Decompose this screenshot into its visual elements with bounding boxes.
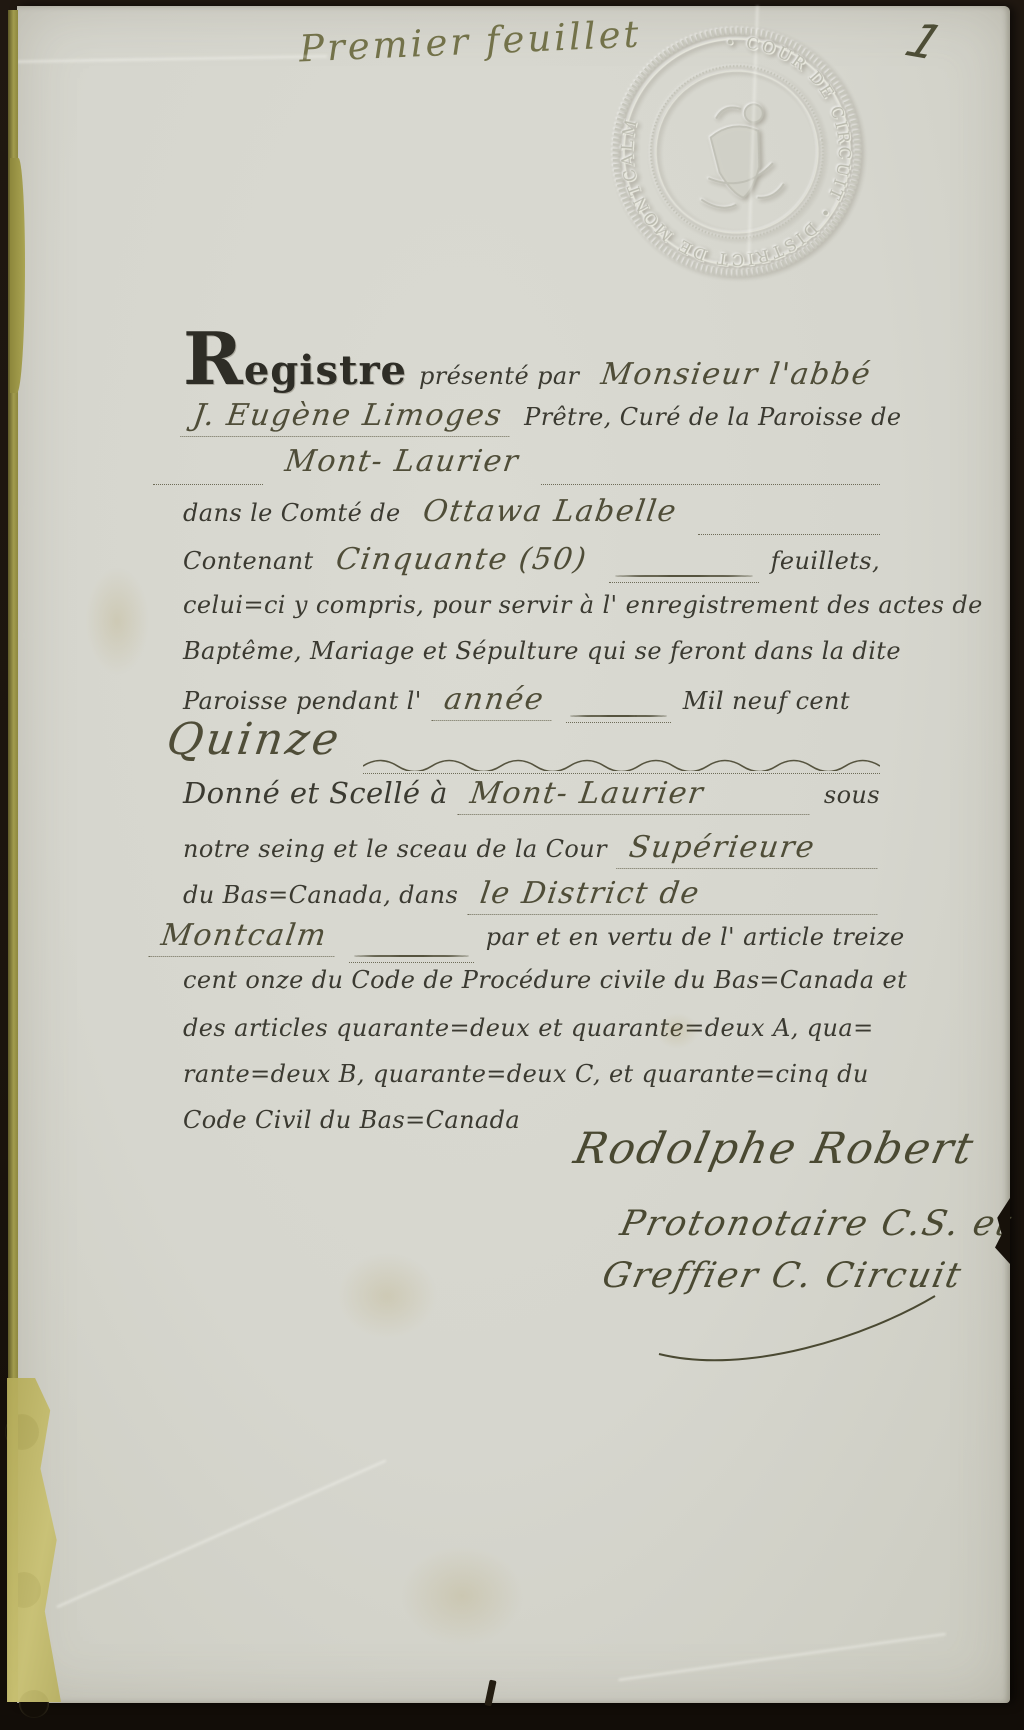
handwritten-entry: Mont- Laurier xyxy=(272,444,531,482)
printed-text: celui=ci y compris, pour servir à l' enr… xyxy=(183,591,983,619)
ornate-register-word: Registre xyxy=(183,330,407,394)
printed-text: Contenant xyxy=(183,547,314,575)
signature-name: Rodolphe Robert xyxy=(570,1124,979,1174)
printed-text: notre seing et le sceau de la Cour xyxy=(183,835,607,863)
form-line: du Bas=Canada, dans le District de xyxy=(183,876,880,924)
form-line: Registre présenté par Monsieur l'abbé xyxy=(183,330,880,392)
blank-line xyxy=(153,480,263,485)
form-line: rante=deux B, quarante=deux C, et quaran… xyxy=(183,1060,880,1088)
form-line: J. Eugène Limoges Prêtre, Curé de la Par… xyxy=(183,398,880,444)
printed-text: Donné et Scellé à xyxy=(183,776,448,810)
paper-crease xyxy=(618,1633,945,1681)
form-line: notre seing et le sceau de la Cour Supér… xyxy=(183,830,880,878)
embossed-court-seal: • COUR DE CIRCUIT • DISTRICT DE MONTCALM… xyxy=(592,7,881,296)
blank-line xyxy=(541,480,880,485)
printed-text: Prêtre, Curé de la Paroisse de xyxy=(524,403,901,431)
handwritten-entry: Montcalm xyxy=(148,918,339,957)
printed-text: rante=deux B, quarante=deux C, et quaran… xyxy=(183,1060,869,1088)
signature-flourish xyxy=(653,1288,943,1368)
paper-crease xyxy=(17,55,327,62)
printed-text: Paroisse pendant l' xyxy=(183,687,422,715)
form-line: celui=ci y compris, pour servir à l' enr… xyxy=(183,591,880,619)
printed-text: du Bas=Canada, dans xyxy=(183,881,458,909)
handwritten-annotation: Premier feuillet xyxy=(298,13,642,71)
handwritten-flourish xyxy=(363,757,880,774)
handwritten-entry: Monsieur l'abbé xyxy=(589,357,884,395)
paper-stain xyxy=(317,1236,457,1356)
handwritten-entry: J. Eugène Limoges xyxy=(180,398,515,437)
handwritten-dash xyxy=(609,578,759,583)
handwritten-entry: Quinze xyxy=(153,714,355,768)
printed-text: Mil neuf cent xyxy=(683,687,850,715)
printed-text: dans le Comté de xyxy=(183,499,401,527)
paper-stain xyxy=(377,1526,547,1666)
form-line: cent onze du Code de Procédure civile du… xyxy=(183,966,880,994)
handwritten-entry: Mont- Laurier xyxy=(457,776,815,815)
paper-crease xyxy=(57,1460,387,1608)
printed-text: feuillets, xyxy=(771,547,880,575)
handwritten-entry: Cinquante (50) xyxy=(323,542,599,580)
printed-text: présenté par xyxy=(419,362,579,390)
form-line: Contenant Cinquante (50) feuillets, xyxy=(183,542,880,588)
paper-stain xyxy=(647,1006,707,1056)
paper-sheet: Premier feuillet 1 • COUR DE CIRCUIT • D… xyxy=(17,6,1010,1703)
form-line: Quinze xyxy=(157,714,880,776)
handwritten-entry: Ottawa Labelle xyxy=(410,494,689,532)
page-number: 1 xyxy=(897,13,951,71)
handwritten-entry: le District de xyxy=(467,876,882,915)
paper-stain xyxy=(72,546,162,696)
scanned-register-page: Premier feuillet 1 • COUR DE CIRCUIT • D… xyxy=(0,0,1024,1730)
handwritten-entry: Supérieure xyxy=(616,830,882,869)
form-line: des articles quarante=deux et quarante=d… xyxy=(183,1014,880,1042)
printed-text: Code Civil du Bas=Canada xyxy=(183,1106,520,1134)
form-line: Mont- Laurier xyxy=(153,444,880,490)
printed-text: par et en vertu de l' article treize xyxy=(486,923,905,951)
signature-title-line1: Protonotaire C.S. et xyxy=(617,1204,1017,1244)
form-line: Donné et Scellé à Mont- Laurier sous xyxy=(183,776,880,828)
handwritten-dash xyxy=(349,958,474,963)
form-line: Montcalm par et en vertu de l' article t… xyxy=(151,918,880,968)
form-line: dans le Comté de Ottawa Labelle xyxy=(183,494,880,540)
seal-coat-of-arms xyxy=(689,102,786,211)
form-line: Baptême, Mariage et Sépulture qui se fer… xyxy=(183,637,880,665)
blank-line xyxy=(698,530,880,535)
paper-bottom-tear xyxy=(484,1680,496,1707)
printed-text: des articles quarante=deux et quarante=d… xyxy=(183,1014,874,1042)
printed-text: Baptême, Mariage et Sépulture qui se fer… xyxy=(183,637,901,665)
printed-text: sous xyxy=(824,781,880,809)
printed-text: cent onze du Code de Procédure civile du… xyxy=(183,966,907,994)
